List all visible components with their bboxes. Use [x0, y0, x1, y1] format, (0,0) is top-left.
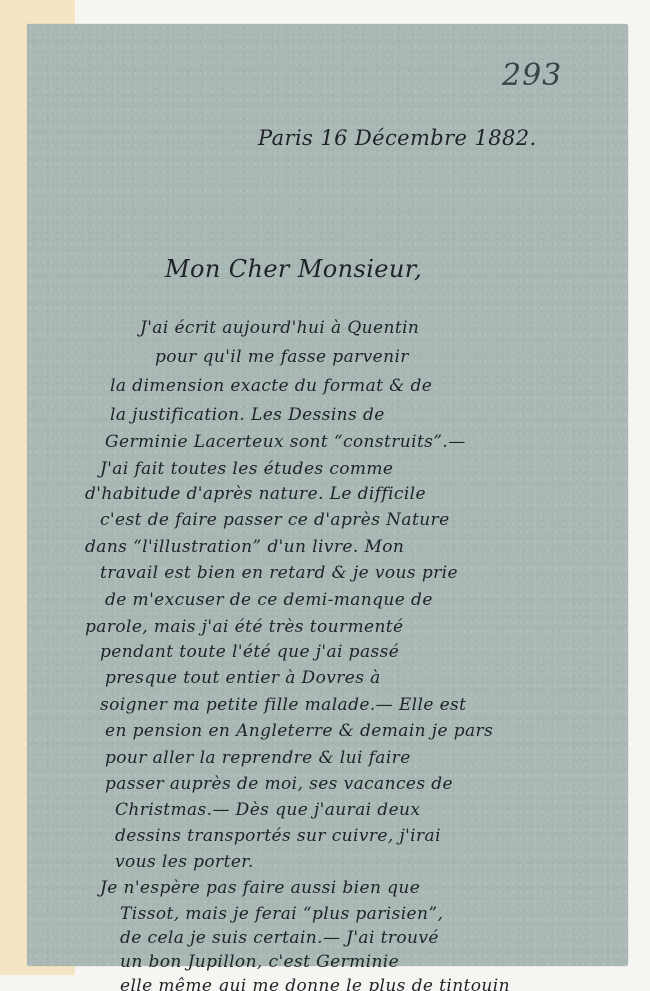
letter-line: c'est de faire passer ce d'après Nature — [100, 510, 450, 530]
letter-line: elle même qui me donne le plus de tintou… — [120, 976, 510, 991]
folio-number: 293 — [502, 58, 562, 93]
letter-line: Tissot, mais je ferai “plus parisien”, — [120, 904, 443, 924]
letter-line: J'ai fait toutes les études comme — [100, 459, 393, 479]
letter-line: passer auprès de moi, ses vacances de — [105, 774, 453, 794]
letter-line: soigner ma petite fille malade.— Elle es… — [100, 695, 466, 715]
letter-line: d'habitude d'après nature. Le difficile — [85, 484, 426, 504]
letter-line: dans “l'illustration” d'un livre. Mon — [85, 537, 404, 557]
dateline: Paris 16 Décembre 1882. — [258, 126, 537, 150]
letter-line: la justification. Les Dessins de — [110, 405, 385, 425]
salutation: Mon Cher Monsieur, — [165, 255, 422, 283]
letter-line: vous les porter. — [115, 852, 254, 872]
letter-line: dessins transportés sur cuivre, j'irai — [115, 826, 441, 846]
letter-line: Christmas.— Dès que j'aurai deux — [115, 800, 420, 820]
letter-line: pour qu'il me fasse parvenir — [155, 347, 409, 367]
letter-line: en pension en Angleterre & demain je par… — [105, 721, 493, 741]
letter-line: J'ai écrit aujourd'hui à Quentin — [140, 318, 419, 338]
letter-line: parole, mais j'ai été très tourmenté — [85, 617, 404, 637]
letter-line: Germinie Lacerteux sont “construits”.— — [105, 432, 466, 452]
letter-line: la dimension exacte du format & de — [110, 376, 432, 396]
letter-line: pendant toute l'été que j'ai passé — [100, 642, 399, 662]
letter-line: Je n'espère pas faire aussi bien que — [100, 878, 420, 898]
letter-line: de m'excuser de ce demi-manque de — [105, 590, 433, 610]
letter-line: pour aller la reprendre & lui faire — [105, 748, 411, 768]
letter-line: travail est bien en retard & je vous pri… — [100, 563, 458, 583]
letter-line: presque tout entier à Dovres à — [105, 668, 381, 688]
letter-line: de cela je suis certain.— J'ai trouvé — [120, 928, 439, 948]
letter-line: un bon Jupillon, c'est Germinie — [120, 952, 399, 972]
